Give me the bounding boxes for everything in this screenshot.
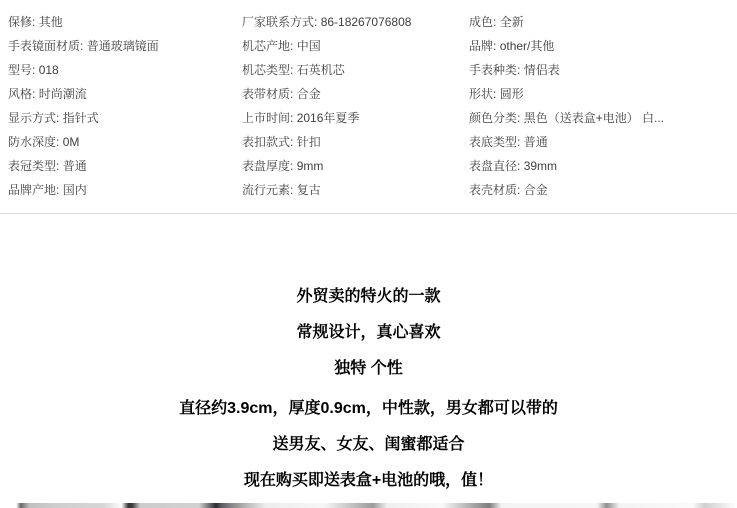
spec-item-movement-origin: 机芯产地: 中国 bbox=[242, 34, 469, 58]
spec-label: 型号 bbox=[8, 63, 32, 77]
spec-label: 表底类型 bbox=[469, 135, 517, 149]
spec-separator: : bbox=[493, 87, 500, 101]
spec-separator: : bbox=[56, 111, 63, 125]
spec-item-dial-diameter: 表盘直径: 39mm bbox=[469, 154, 737, 178]
spec-label: 品牌 bbox=[469, 39, 493, 53]
spec-value: 复古 bbox=[297, 183, 321, 197]
spec-label: 形状 bbox=[469, 87, 493, 101]
spec-item-glass-material: 手表镜面材质: 普通玻璃镜面 bbox=[8, 34, 242, 58]
spec-separator: : bbox=[493, 15, 500, 29]
spec-separator: : bbox=[290, 159, 297, 173]
spec-label: 手表镜面材质 bbox=[8, 39, 80, 53]
promo-line-4: 直径约3.9cm，厚度0.9cm，中性款，男女都可以带的 bbox=[0, 391, 737, 427]
spec-label: 成色 bbox=[469, 15, 493, 29]
spec-item-model: 型号: 018 bbox=[8, 58, 242, 82]
spec-value: 国内 bbox=[63, 183, 87, 197]
spec-column-1: 保修: 其他 手表镜面材质: 普通玻璃镜面 型号: 018 风格: 时尚潮流 显… bbox=[8, 10, 242, 202]
spec-label: 表带材质 bbox=[242, 87, 290, 101]
spec-value: 石英机芯 bbox=[297, 63, 345, 77]
spec-value: 中国 bbox=[297, 39, 321, 53]
spec-label: 表扣款式 bbox=[242, 135, 290, 149]
spec-separator: : bbox=[517, 135, 524, 149]
spec-item-clasp-type: 表扣款式: 针扣 bbox=[242, 130, 469, 154]
spec-table: 保修: 其他 手表镜面材质: 普通玻璃镜面 型号: 018 风格: 时尚潮流 显… bbox=[0, 0, 737, 214]
spec-value: 018 bbox=[39, 63, 59, 77]
spec-separator: : bbox=[314, 15, 321, 29]
spec-value: 合金 bbox=[297, 87, 321, 101]
spec-label: 表壳材质 bbox=[469, 183, 517, 197]
spec-label: 手表种类 bbox=[469, 63, 517, 77]
spec-separator: : bbox=[56, 159, 63, 173]
spec-value: 黑色（送表盒+电池） 白... bbox=[524, 111, 664, 125]
spec-value: 39mm bbox=[524, 159, 557, 173]
spec-separator: : bbox=[56, 183, 63, 197]
spec-label: 表盘直径 bbox=[469, 159, 517, 173]
spec-separator: : bbox=[290, 111, 297, 125]
spec-value: 针扣 bbox=[297, 135, 321, 149]
spec-item-color-variant: 颜色分类: 黑色（送表盒+电池） 白... bbox=[469, 106, 737, 130]
spec-label: 颜色分类 bbox=[469, 111, 517, 125]
spec-item-launch-date: 上市时间: 2016年夏季 bbox=[242, 106, 469, 130]
promo-section: 外贸卖的特火的一款 常规设计，真心喜欢 独特 个性 直径约3.9cm，厚度0.9… bbox=[0, 279, 737, 499]
spec-value: 9mm bbox=[297, 159, 324, 173]
spec-value: 普通 bbox=[524, 135, 548, 149]
spec-separator: : bbox=[493, 39, 500, 53]
promo-line-2: 常规设计，真心喜欢 bbox=[0, 315, 737, 351]
spec-value: 指针式 bbox=[63, 111, 99, 125]
promo-line-1: 外贸卖的特火的一款 bbox=[0, 279, 737, 315]
spec-item-water-resistance: 防水深度: 0M bbox=[8, 130, 242, 154]
spec-label: 显示方式 bbox=[8, 111, 56, 125]
spec-item-trend-element: 流行元素: 复古 bbox=[242, 178, 469, 202]
promo-line-5: 送男友、女友、闺蜜都适合 bbox=[0, 427, 737, 463]
spec-item-watch-category: 手表种类: 情侣表 bbox=[469, 58, 737, 82]
spec-value: 2016年夏季 bbox=[297, 111, 360, 125]
spec-value: 0M bbox=[63, 135, 80, 149]
spec-label: 上市时间 bbox=[242, 111, 290, 125]
spec-value: 圆形 bbox=[500, 87, 524, 101]
spec-item-brand: 品牌: other/其他 bbox=[469, 34, 737, 58]
spec-label: 厂家联系方式 bbox=[242, 15, 314, 29]
spec-item-condition: 成色: 全新 bbox=[469, 10, 737, 34]
spec-value: 普通玻璃镜面 bbox=[87, 39, 159, 53]
spec-item-dial-thickness: 表盘厚度: 9mm bbox=[242, 154, 469, 178]
spec-label: 风格 bbox=[8, 87, 32, 101]
spec-label: 防水深度 bbox=[8, 135, 56, 149]
spec-label: 机芯产地 bbox=[242, 39, 290, 53]
spec-item-case-material: 表壳材质: 合金 bbox=[469, 178, 737, 202]
spec-separator: : bbox=[290, 39, 297, 53]
spec-value: 情侣表 bbox=[524, 63, 560, 77]
spec-value: other/其他 bbox=[500, 39, 555, 53]
spec-label: 保修 bbox=[8, 15, 32, 29]
spec-value: 合金 bbox=[524, 183, 548, 197]
spec-label: 品牌产地 bbox=[8, 183, 56, 197]
spec-label: 表冠类型 bbox=[8, 159, 56, 173]
spec-value: 其他 bbox=[39, 15, 63, 29]
promo-line-6: 现在购买即送表盒+电池的哦，值！ bbox=[0, 463, 737, 499]
spec-item-manufacturer-contact: 厂家联系方式: 86-18267076808 bbox=[242, 10, 469, 34]
spec-separator: : bbox=[517, 159, 524, 173]
spec-value: 普通 bbox=[63, 159, 87, 173]
spec-item-caseback-type: 表底类型: 普通 bbox=[469, 130, 737, 154]
spec-item-display-type: 显示方式: 指针式 bbox=[8, 106, 242, 130]
spec-item-warranty: 保修: 其他 bbox=[8, 10, 242, 34]
spec-label: 流行元素 bbox=[242, 183, 290, 197]
spec-separator: : bbox=[80, 39, 87, 53]
spec-item-movement-type: 机芯类型: 石英机芯 bbox=[242, 58, 469, 82]
spec-column-3: 成色: 全新 品牌: other/其他 手表种类: 情侣表 形状: 圆形 颜色分… bbox=[469, 10, 737, 202]
product-detail-page: 保修: 其他 手表镜面材质: 普通玻璃镜面 型号: 018 风格: 时尚潮流 显… bbox=[0, 0, 737, 508]
spec-separator: : bbox=[290, 183, 297, 197]
spec-item-shape: 形状: 圆形 bbox=[469, 82, 737, 106]
spec-separator: : bbox=[56, 135, 63, 149]
spec-column-2: 厂家联系方式: 86-18267076808 机芯产地: 中国 机芯类型: 石英… bbox=[242, 10, 469, 202]
spec-separator: : bbox=[290, 135, 297, 149]
spec-item-brand-origin: 品牌产地: 国内 bbox=[8, 178, 242, 202]
spec-item-band-material: 表带材质: 合金 bbox=[242, 82, 469, 106]
spec-separator: : bbox=[517, 111, 524, 125]
spec-separator: : bbox=[32, 63, 39, 77]
spec-label: 机芯类型 bbox=[242, 63, 290, 77]
spec-label: 表盘厚度 bbox=[242, 159, 290, 173]
spec-item-style: 风格: 时尚潮流 bbox=[8, 82, 242, 106]
spec-item-crown-type: 表冠类型: 普通 bbox=[8, 154, 242, 178]
spec-separator: : bbox=[290, 63, 297, 77]
spec-separator: : bbox=[517, 63, 524, 77]
promo-line-3: 独特 个性 bbox=[0, 351, 737, 387]
spec-value: 86-18267076808 bbox=[321, 15, 412, 29]
spec-separator: : bbox=[32, 87, 39, 101]
spec-separator: : bbox=[32, 15, 39, 29]
next-image-sliver bbox=[0, 503, 737, 508]
spec-separator: : bbox=[517, 183, 524, 197]
spec-separator: : bbox=[290, 87, 297, 101]
spec-value: 全新 bbox=[500, 15, 524, 29]
spec-value: 时尚潮流 bbox=[39, 87, 87, 101]
